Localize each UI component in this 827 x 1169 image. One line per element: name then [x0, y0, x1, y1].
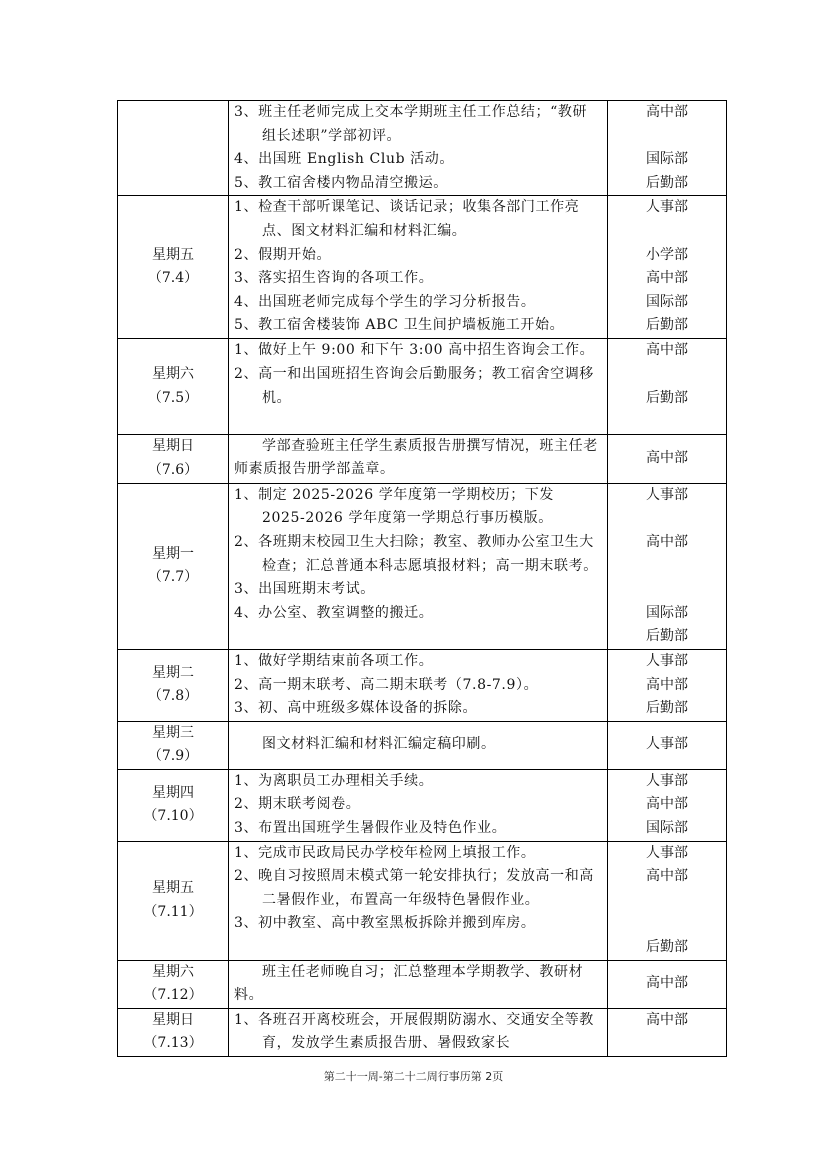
- department-label: 后勤部: [608, 172, 726, 196]
- day-cell: 星期日（7.13）: [118, 1008, 229, 1056]
- department-label: 小学部: [608, 244, 726, 268]
- schedule-row: 星期一（7.7）1、制定 2025-2026 学年度第一学期校历；下发 2025…: [118, 483, 727, 649]
- department-label: 后勤部: [608, 625, 726, 649]
- department-label: 高中部: [608, 674, 726, 698]
- department-label: [608, 578, 726, 602]
- task-item: 5、教工宿舍楼装饰 ABC 卫生间护墙板施工开始。: [234, 314, 601, 338]
- day-cell: 星期五（7.4）: [118, 196, 229, 339]
- department-label: [608, 220, 726, 244]
- task-item: 3、班主任老师完成上交本学期班主任工作总结；“教研组长述职”学部初评。: [234, 101, 601, 148]
- schedule-row: 星期五（7.4）1、检查干部听课笔记、谈话记录；收集各部门工作亮点、图文材料汇编…: [118, 196, 727, 339]
- task-item: 3、初中教室、高中教室黑板拆除并搬到库房。: [234, 912, 601, 936]
- task-item: 3、初、高中班级多媒体设备的拆除。: [234, 697, 601, 721]
- tasks-cell: 1、完成市民政局民办学校年检网上填报工作。2、晚自习按照周末模式第一轮安排执行；…: [229, 841, 608, 960]
- department-label: 人事部: [608, 842, 726, 866]
- date-label: （7.11）: [118, 901, 228, 925]
- date-label: （7.4）: [118, 267, 228, 291]
- department-cell: 人事部高中部国际部: [608, 769, 727, 841]
- department-cell: 人事部小学部高中部国际部后勤部: [608, 196, 727, 339]
- weekday-label: 星期五: [118, 244, 228, 268]
- department-label: 高中部: [608, 1009, 726, 1033]
- date-label: （7.12）: [118, 984, 228, 1008]
- task-item: 2、高一和出国班招生咨询会后勤服务；教工宿舍空调移机。: [234, 363, 601, 410]
- department-label: [608, 507, 726, 531]
- weekday-label: 星期六: [118, 961, 228, 985]
- department-label: 后勤部: [608, 697, 726, 721]
- department-label: 国际部: [608, 817, 726, 841]
- day-cell: 星期六（7.5）: [118, 339, 229, 434]
- task-item: 4、出国班老师完成每个学生的学习分析报告。: [234, 291, 601, 315]
- department-cell: 人事部高中部国际部后勤部: [608, 483, 727, 649]
- day-cell: [118, 101, 229, 196]
- day-cell: 星期四（7.10）: [118, 769, 229, 841]
- date-label: （7.10）: [118, 805, 228, 829]
- department-label: [608, 912, 726, 936]
- day-cell: 星期一（7.7）: [118, 483, 229, 649]
- tasks-cell: 学部查验班主任学生素质报告册撰写情况，班主任老师素质报告册学部盖章。: [229, 434, 608, 483]
- weekday-label: 星期五: [118, 877, 228, 901]
- task-item: 2、高一期末联考、高二期末联考（7.8-7.9）。: [234, 674, 601, 698]
- task-item: 3、布置出国班学生暑假作业及特色作业。: [234, 817, 601, 841]
- department-label: 后勤部: [608, 936, 726, 960]
- department-label: 高中部: [608, 531, 726, 555]
- schedule-row: 星期五（7.11）1、完成市民政局民办学校年检网上填报工作。2、晚自习按照周末模…: [118, 841, 727, 960]
- date-label: （7.7）: [118, 566, 228, 590]
- department-label: 高中部: [608, 447, 726, 471]
- department-label: [608, 410, 726, 434]
- task-item: 班主任老师晚自习；汇总整理本学期教学、教研材料。: [234, 961, 601, 1008]
- day-cell: 星期五（7.11）: [118, 841, 229, 960]
- department-cell: 人事部高中部后勤部: [608, 649, 727, 721]
- department-cell: 高中部国际部后勤部: [608, 101, 727, 196]
- department-cell: 高中部: [608, 1008, 727, 1056]
- tasks-cell: 1、做好上午 9:00 和下午 3:00 高中招生咨询会工作。2、高一和出国班招…: [229, 339, 608, 434]
- tasks-cell: 1、做好学期结束前各项工作。2、高一期末联考、高二期末联考（7.8-7.9）。3…: [229, 649, 608, 721]
- weekday-label: 星期二: [118, 662, 228, 686]
- document-page: 3、班主任老师完成上交本学期班主任工作总结；“教研组长述职”学部初评。4、出国班…: [0, 0, 827, 1169]
- department-label: 高中部: [608, 339, 726, 363]
- department-cell: 高中部: [608, 960, 727, 1008]
- schedule-row: 3、班主任老师完成上交本学期班主任工作总结；“教研组长述职”学部初评。4、出国班…: [118, 101, 727, 196]
- date-label: （7.13）: [118, 1032, 228, 1056]
- tasks-cell: 1、制定 2025-2026 学年度第一学期校历；下发 2025-2026 学年…: [229, 483, 608, 649]
- task-item: 2、假期开始。: [234, 244, 601, 268]
- task-item: 2、晚自习按照周末模式第一轮安排执行；发放高一和高二暑假作业，布置高一年级特色暑…: [234, 865, 601, 912]
- task-item: 4、办公室、教室调整的搬迁。: [234, 602, 601, 626]
- tasks-cell: 1、为离职员工办理相关手续。2、期末联考阅卷。3、布置出国班学生暑假作业及特色作…: [229, 769, 608, 841]
- tasks-cell: 1、各班召开离校班会，开展假期防溺水、交通安全等教育，发放学生素质报告册、暑假致…: [229, 1008, 608, 1056]
- department-cell: 人事部: [608, 721, 727, 769]
- task-item: 2、各班期末校园卫生大扫除；教室、教师办公室卫生大检查；汇总普通本科志愿填报材料…: [234, 531, 601, 578]
- tasks-cell: 3、班主任老师完成上交本学期班主任工作总结；“教研组长述职”学部初评。4、出国班…: [229, 101, 608, 196]
- department-cell: 高中部: [608, 434, 727, 483]
- date-label: （7.8）: [118, 685, 228, 709]
- tasks-cell: 班主任老师晚自习；汇总整理本学期教学、教研材料。: [229, 960, 608, 1008]
- task-item: 4、出国班 English Club 活动。: [234, 148, 601, 172]
- department-label: 人事部: [608, 650, 726, 674]
- date-label: （7.6）: [118, 459, 228, 483]
- schedule-row: 星期六（7.5）1、做好上午 9:00 和下午 3:00 高中招生咨询会工作。2…: [118, 339, 727, 434]
- schedule-table: 3、班主任老师完成上交本学期班主任工作总结；“教研组长述职”学部初评。4、出国班…: [117, 100, 727, 1057]
- date-label: （7.5）: [118, 387, 228, 411]
- weekday-label: 星期一: [118, 543, 228, 567]
- task-item: 图文材料汇编和材料汇编定稿印刷。: [234, 733, 601, 757]
- schedule-row: 星期日（7.6）学部查验班主任学生素质报告册撰写情况，班主任老师素质报告册学部盖…: [118, 434, 727, 483]
- department-label: 人事部: [608, 770, 726, 794]
- department-label: 国际部: [608, 148, 726, 172]
- weekday-label: 星期日: [118, 1009, 228, 1033]
- task-item: 5、教工宿舍楼内物品清空搬运。: [234, 172, 601, 196]
- department-label: [608, 125, 726, 149]
- department-label: 国际部: [608, 602, 726, 626]
- department-label: 高中部: [608, 865, 726, 889]
- task-item: 1、检查干部听课笔记、谈话记录；收集各部门工作亮点、图文材料汇编和材料汇编。: [234, 196, 601, 243]
- department-label: 人事部: [608, 484, 726, 508]
- schedule-row: 星期六（7.12）班主任老师晚自习；汇总整理本学期教学、教研材料。高中部: [118, 960, 727, 1008]
- department-label: 高中部: [608, 267, 726, 291]
- department-label: 高中部: [608, 793, 726, 817]
- task-item: 1、各班召开离校班会，开展假期防溺水、交通安全等教育，发放学生素质报告册、暑假致…: [234, 1009, 601, 1056]
- department-cell: 高中部后勤部: [608, 339, 727, 434]
- task-item: 1、做好上午 9:00 和下午 3:00 高中招生咨询会工作。: [234, 339, 601, 363]
- task-item: 1、制定 2025-2026 学年度第一学期校历；下发 2025-2026 学年…: [234, 484, 601, 531]
- tasks-cell: 1、检查干部听课笔记、谈话记录；收集各部门工作亮点、图文材料汇编和材料汇编。2、…: [229, 196, 608, 339]
- schedule-row: 星期四（7.10）1、为离职员工办理相关手续。2、期末联考阅卷。3、布置出国班学…: [118, 769, 727, 841]
- department-label: 高中部: [608, 972, 726, 996]
- day-cell: 星期日（7.6）: [118, 434, 229, 483]
- date-label: （7.9）: [118, 745, 228, 769]
- weekday-label: 星期六: [118, 363, 228, 387]
- department-cell: 人事部高中部后勤部: [608, 841, 727, 960]
- schedule-row: 星期二（7.8）1、做好学期结束前各项工作。2、高一期末联考、高二期末联考（7.…: [118, 649, 727, 721]
- day-cell: 星期二（7.8）: [118, 649, 229, 721]
- task-item: 1、为离职员工办理相关手续。: [234, 770, 601, 794]
- weekday-label: 星期日: [118, 435, 228, 459]
- department-label: [608, 889, 726, 913]
- department-label: 人事部: [608, 196, 726, 220]
- day-cell: 星期三（7.9）: [118, 721, 229, 769]
- department-label: 后勤部: [608, 387, 726, 411]
- department-label: [608, 555, 726, 579]
- task-item: 1、完成市民政局民办学校年检网上填报工作。: [234, 842, 601, 866]
- schedule-row: 星期三（7.9）图文材料汇编和材料汇编定稿印刷。人事部: [118, 721, 727, 769]
- department-label: 高中部: [608, 101, 726, 125]
- task-item: 学部查验班主任学生素质报告册撰写情况，班主任老师素质报告册学部盖章。: [234, 435, 601, 482]
- task-item: 1、做好学期结束前各项工作。: [234, 650, 601, 674]
- department-label: 后勤部: [608, 314, 726, 338]
- tasks-cell: 图文材料汇编和材料汇编定稿印刷。: [229, 721, 608, 769]
- weekday-label: 星期四: [118, 782, 228, 806]
- task-item: 2、期末联考阅卷。: [234, 793, 601, 817]
- task-item: 3、出国班期末考试。: [234, 578, 601, 602]
- page-footer: 第二十一周-第二十二周行事历第 2页: [0, 1068, 827, 1084]
- department-label: [608, 363, 726, 387]
- day-cell: 星期六（7.12）: [118, 960, 229, 1008]
- weekday-label: 星期三: [118, 722, 228, 746]
- schedule-row: 星期日（7.13）1、各班召开离校班会，开展假期防溺水、交通安全等教育，发放学生…: [118, 1008, 727, 1056]
- department-label: 国际部: [608, 291, 726, 315]
- task-item: 3、落实招生咨询的各项工作。: [234, 267, 601, 291]
- department-label: 人事部: [608, 733, 726, 757]
